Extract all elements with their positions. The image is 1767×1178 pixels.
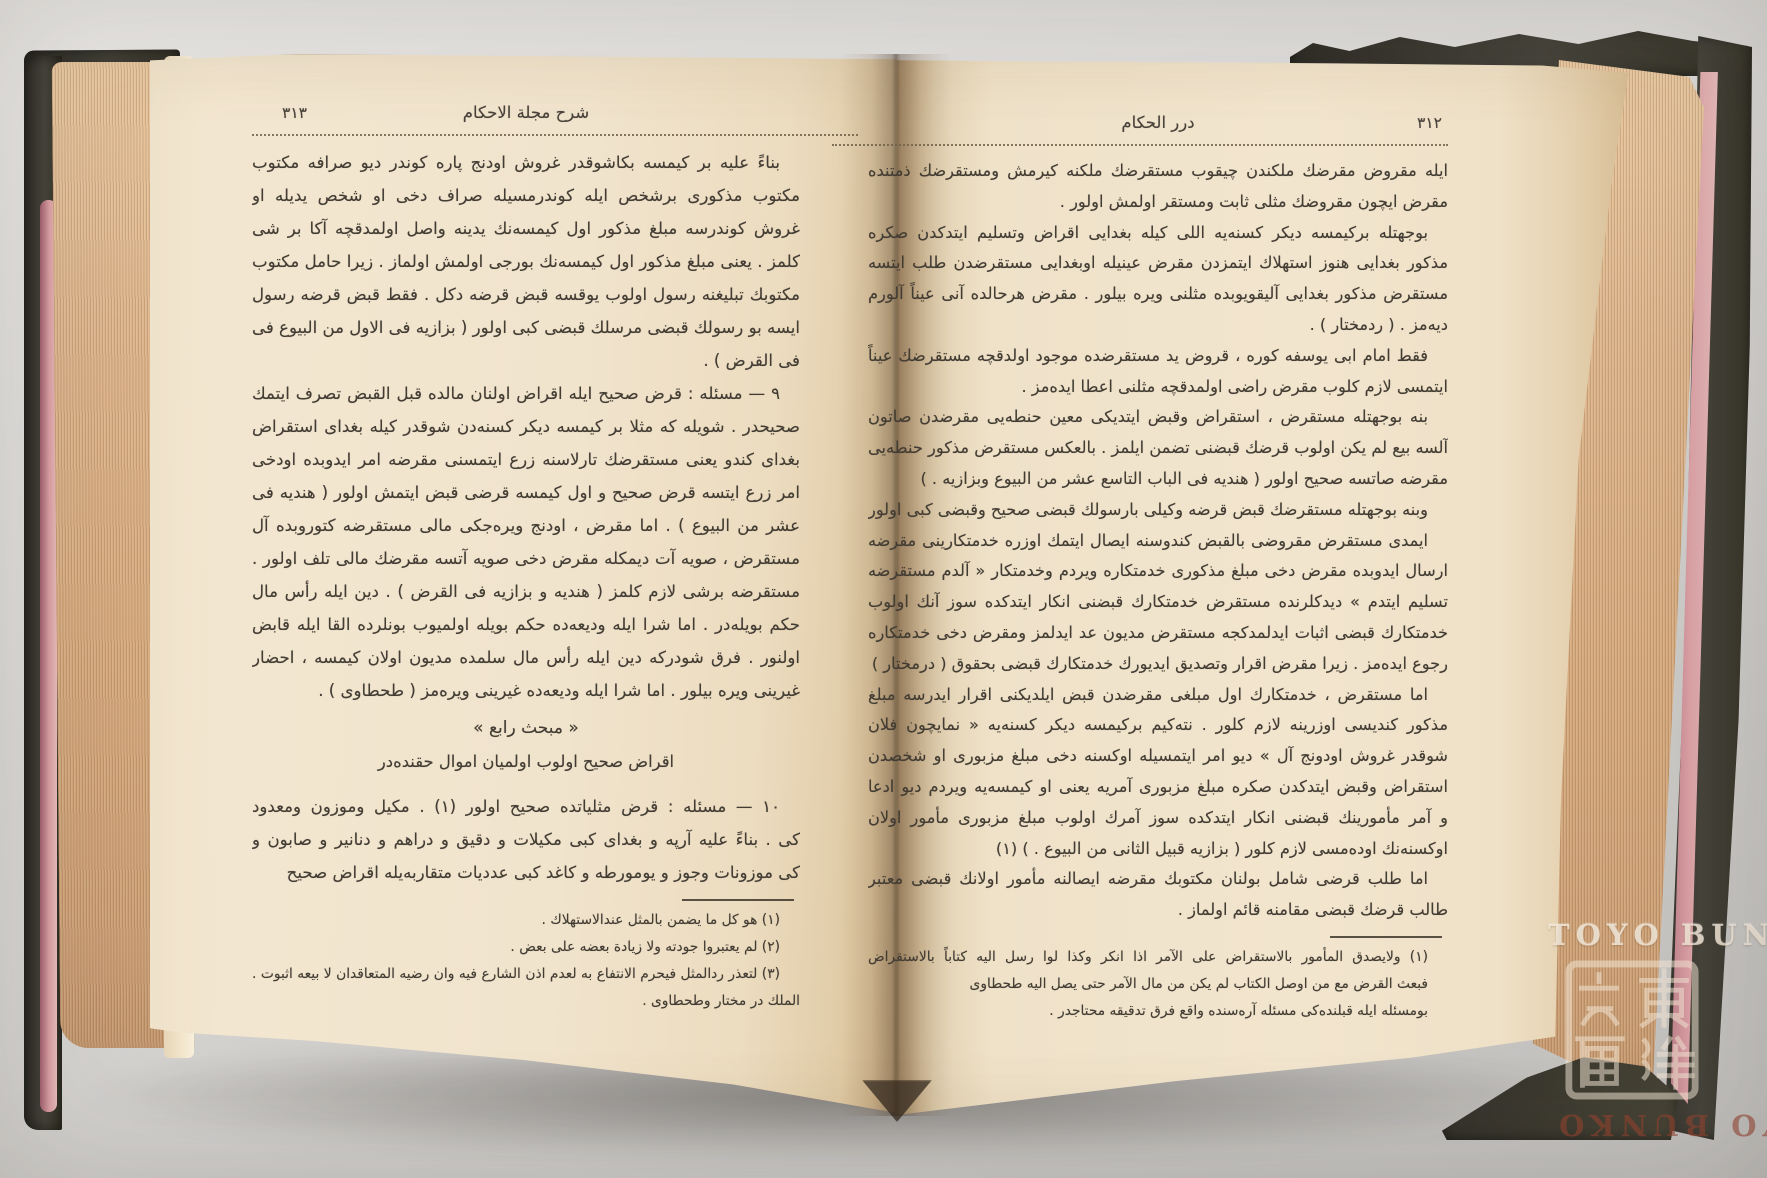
text-line: و آمر مأمورينك قبضنى انكار ايتدكده سوز آ… [868, 803, 1448, 834]
left-running-title: شرح مجلة الاحكام [463, 103, 589, 122]
text-line: ايمدى مستقرض مقروضى بالقبض كندوسنه ايصال… [868, 526, 1448, 557]
text-line: بغداى كندو يعنى مستقرضك تارلاسنه زرع ايت… [252, 443, 800, 476]
left-page-body: بناءً عليه بر كيمسه بكاشوقدر غروش اودنج … [252, 146, 800, 889]
right-running-head: درر الحكام ٣١٢ [868, 106, 1448, 144]
text-line: مستقرض مذكور بغدايى آليقويوبده مثلنى وير… [868, 279, 1448, 310]
text-line: ايله مقروض مقرضك ملكندن چيقوب مستقرضك مل… [868, 156, 1448, 187]
text-line: رجوع ايده‌مز . زيرا مقرض اقرار وتصديق اي… [868, 649, 1448, 680]
text-line: حكم بويله‌در . اما شرا ايله وديعه‌ده حكم… [252, 608, 800, 641]
text-line: وبنه بوجهتله مستقرضك قبض قرضه وكيلى بارس… [868, 495, 1448, 526]
text-line: طالب قرضك قبضى مقامنه قائم اولماز . [868, 895, 1448, 926]
footnote-line: (٢) لم يعتبروا جودته ولا زيادة بعضه على … [252, 934, 800, 961]
text-line: مستقرض ، صويه آت ديمكله مقرض دخى صويه آت… [252, 542, 800, 575]
text-line: شوقدر غروش اودونج آل » ديو امر ايتمسيله … [868, 741, 1448, 772]
text-line: ديه‌مز . ( ردمختار ) . [868, 310, 1448, 341]
text-line: اوكسنه‌نك اوده‌مسى لازم كلور ( بزازيه قب… [868, 834, 1448, 865]
text-line: « مبحث رابع » [252, 712, 800, 745]
text-line: امر زرع ايتسه قرض صحيح و اول كيمسه قرضى … [252, 476, 800, 509]
right-header-rule [832, 144, 1448, 146]
footnote-line: الملك در مختار وطحطاوى . [252, 988, 800, 1015]
text-line: ايسه بو رسولك قبضى مرسلك قبضى كبى اولور … [252, 311, 800, 344]
left-running-head: ٣١٣ شرح مجلة الاحكام [252, 96, 800, 134]
text-line: فى القرض ) . [252, 344, 800, 377]
right-page-number: ٣١٢ [1417, 106, 1442, 140]
text-line: ١٠ — مسئله : قرض مثلياتده صحيح اولور (١)… [252, 790, 800, 823]
text-line: آلسه بيع لم يكن اولوب قرضك قبضنى تضمن اي… [868, 433, 1448, 464]
text-line: فقط امام ابى يوسفه كوره ، قروض يد مستقرض… [868, 341, 1448, 372]
text-line: كلمز . يعنى مبلغ مذكور اول كيمسه‌نك بورج… [252, 245, 800, 278]
text-line: مذكور بغدايى هنوز استهلاك ايتمزدن مقرض ع… [868, 248, 1448, 279]
text-line: مقرضه صاتسه صحيح اولور ( هنديه فى الباب … [868, 464, 1448, 495]
text-line: مكتوبك تبليغنه رسول اولوب يوقسه قبض قرضه… [252, 278, 800, 311]
right-running-title: درر الحكام [1121, 113, 1194, 132]
footnote-line: فبعث القرض مع من اوصل الكتاب لم يكن من م… [868, 971, 1448, 998]
right-page-text: درر الحكام ٣١٢ ايله مقروض مقرضك ملكندن چ… [868, 106, 1448, 1025]
footnote-line: (١) ولايصدق المأمور بالاستقراض على الآمر… [868, 944, 1448, 971]
left-footnote-rule [682, 899, 794, 901]
text-line: مذكور كنديسى اوزرينه لازم كلور . نته‌كيم… [868, 710, 1448, 741]
text-line: بنه بوجهتله مستقرض ، استقراض وقبض ايتديك… [868, 402, 1448, 433]
text-line: بناءً عليه بر كيمسه بكاشوقدر غروش اودنج … [252, 146, 800, 179]
text-line: كى . بناءً عليه آرپه و بغداى كبى مكيلات … [252, 823, 800, 856]
left-header-rule [252, 134, 858, 136]
text-line: عشر من البيوع ) . اما مقرض ، اودنج ويره‌… [252, 509, 800, 542]
left-page-text: ٣١٣ شرح مجلة الاحكام بناءً عليه بر كيمسه… [252, 96, 800, 1015]
footnote-line: بومسئله ايله قبلنده‌كى مسئله آره‌سنده وا… [868, 998, 1448, 1025]
text-line: صحيحدر . شويله كه مثلا بر كيمسه ديكر كسن… [252, 410, 800, 443]
text-line: مقرض ايچون مقروضك مثلى ثابت ومستقر اولمش… [868, 187, 1448, 218]
text-line: استقراض وقبض ايتدكدن صكره مبلغ مزبورى آم… [868, 772, 1448, 803]
text-line: غروش كوندرسه مبلغ مذكور اول كيمسه‌نك يدي… [252, 212, 800, 245]
right-footnote-rule [1330, 936, 1442, 938]
left-page-footnotes: (١) هو كل ما يضمن بالمثل عندالاستهلاك .(… [252, 907, 800, 1015]
text-line: بوجهتله بركيمسه ديكر كسنه‌يه اللى كيله ب… [868, 218, 1448, 249]
text-line: تسليم ايتدم » ديدكلرنده مستقرض خدمتكارك … [868, 587, 1448, 618]
right-page-body: ايله مقروض مقرضك ملكندن چيقوب مستقرضك مل… [868, 156, 1448, 926]
text-line: ارسال ايدوبده مقرض دخى مبلغ مذكورى خدمتك… [868, 556, 1448, 587]
text-line: ٩ — مسئله : قرض صحيح ايله اقراض اولنان م… [252, 377, 800, 410]
footnote-line: (٣) لتعذر ردالمثل فيحرم الانتفاع به لعدم… [252, 961, 800, 988]
text-line: مكتوب مذكورى برشخص ايله كوندرمسيله صراف … [252, 179, 800, 212]
left-page-number: ٣١٣ [282, 96, 307, 130]
text-line: كى موزونات وجوز و يومورطه و كاغد كبى عدد… [252, 856, 800, 889]
text-line: اما طلب قرضى شامل بولنان مكتوبك مقرضه اي… [868, 864, 1448, 895]
text-line: ايتمسى لازم كلوب مقرض راضى اولمدقچه مثلن… [868, 372, 1448, 403]
right-page-footnotes: (١) ولايصدق المأمور بالاستقراض على الآمر… [868, 944, 1448, 1025]
text-line: غيرينى ويره بيلور . اما شرا ايله وديعه‌د… [252, 674, 800, 707]
book-photo: ٣١٣ شرح مجلة الاحكام بناءً عليه بر كيمسه… [0, 0, 1767, 1178]
text-line: اما مستقرض ، خدمتكارك اول مبلغى مقرضدن ق… [868, 680, 1448, 711]
text-line: مستقرضه برشى لازم كلمز ( هنديه و بزازيه … [252, 575, 800, 608]
text-line: خدمتكارك قبضى اثبات ايدلمدكجه مستقرض مدي… [868, 618, 1448, 649]
text-line: اقراض صحيح اولوب اولميان اموال حقنده‌در [252, 745, 800, 778]
text-line: اولنور . فرق شودركه دين ايله رأس مال سلم… [252, 641, 800, 674]
footnote-line: (١) هو كل ما يضمن بالمثل عندالاستهلاك . [252, 907, 800, 934]
